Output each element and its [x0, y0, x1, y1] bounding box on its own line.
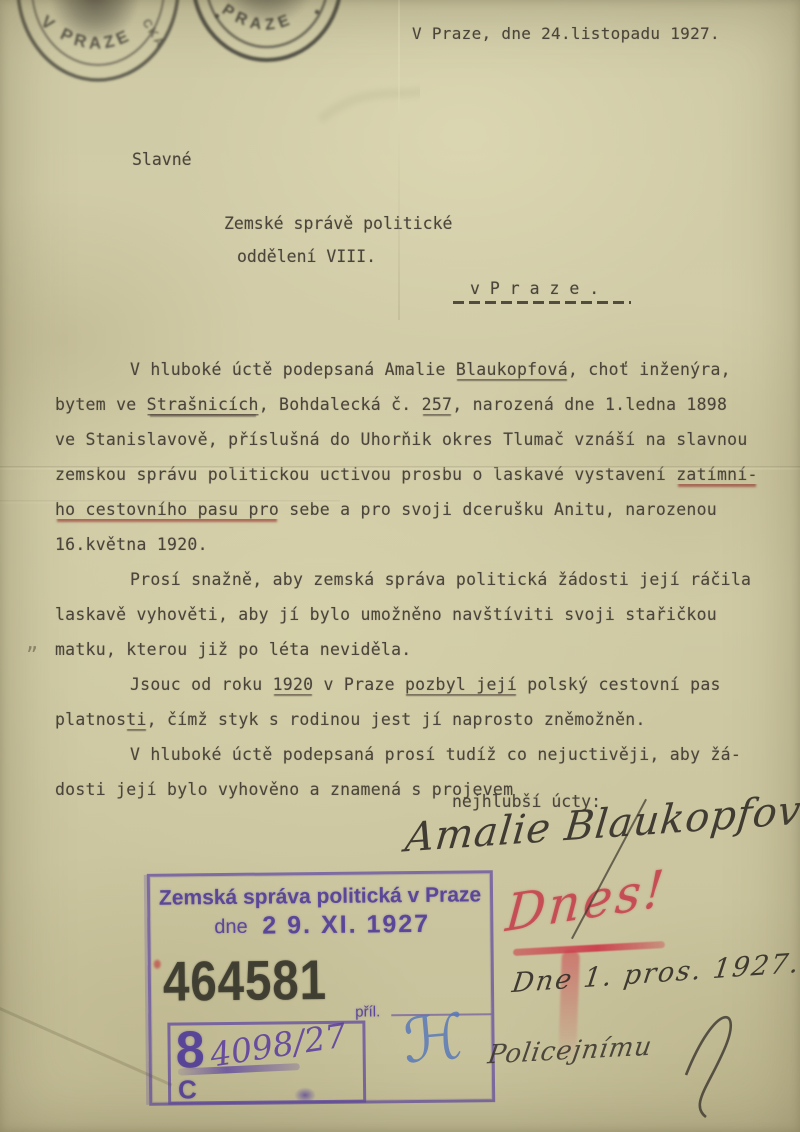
paper-crease-horizontal — [0, 466, 800, 470]
corner-crease — [0, 1006, 172, 1086]
monogram-blue-ink: ℋ — [400, 999, 467, 1077]
letter-line: laskavě vyhověti, aby jí bylo umožněno n… — [55, 597, 775, 632]
ink-blot — [294, 1087, 316, 1103]
salutation: Slavné — [132, 150, 192, 169]
letter-line: zemskou správu politickou uctivou prosbu… — [55, 457, 775, 492]
letter-line: matku, kterou již po léta neviděla. — [55, 632, 775, 667]
forward-note-flourish — [676, 1005, 766, 1125]
letter-line: V hluboké úctě podepsaná prosí tudíž co … — [55, 737, 775, 772]
letter-line: platnosti, čímž styk s rodinou jest jí n… — [55, 702, 775, 737]
registry-number: 464581 — [163, 947, 328, 1014]
addressee-city: v P r a z e . — [470, 279, 599, 298]
ghost-ink-impression — [320, 55, 420, 120]
date-note-handwritten: Dne 1. pros. 1927. — [510, 948, 800, 1000]
addressee-line-2: oddělení VIII. — [237, 247, 376, 266]
round-ink-stamps: V PRAZE CKÁ PRAZE — [0, 0, 420, 150]
dept-letter: C — [178, 1074, 197, 1105]
round-stamp-right: PRAZE — [193, 0, 341, 60]
addressee-line-1: Zemské správě politické — [224, 214, 452, 233]
letter-body: V hluboké úctě podepsaná Amalie Blaukopf… — [55, 352, 775, 807]
margin-pencil-mark: „ — [26, 630, 38, 654]
registry-stamp-date-prefix: dne — [214, 916, 248, 939]
letter-line: Prosí snažně, aby zemská správa politick… — [55, 562, 775, 597]
registry-stamp-title: Zemská správa politická v Praze — [150, 883, 490, 911]
letter-line: 16.května 1920. — [55, 527, 775, 562]
forward-note-handwritten: Policejnímu — [486, 1032, 655, 1071]
red-pencil-note: Dnes! — [503, 859, 669, 944]
round-stamp-left: V PRAZE CKÁ — [18, 0, 178, 80]
registry-stamp-date: 2 9. XI. 1927 — [262, 910, 430, 941]
letter-line: V hluboké úctě podepsaná Amalie Blaukopf… — [55, 352, 775, 387]
paper-crease-short — [0, 500, 340, 504]
red-ink-fleck — [154, 960, 161, 969]
red-pencil-underline — [513, 941, 665, 956]
stamp-left-ring-fragment: CKÁ — [139, 16, 169, 51]
date-line: V Praze, dne 24.listopadu 1927. — [412, 24, 720, 43]
letter-line: ve Stanislavově, příslušná do Uhorňik ok… — [55, 422, 775, 457]
city-dashed-underline — [453, 301, 631, 304]
attachment-label: příl. — [355, 1003, 380, 1020]
letter-line: ho cestovního pasu pro sebe a pro svoji … — [55, 492, 775, 527]
letter-line: Jsouc od roku 1920 v Praze pozbyl její p… — [55, 667, 775, 702]
paper-fold-vertical — [398, 0, 400, 320]
scanned-letter-document: { "letter": { "date_line": "V Praze, dne… — [0, 0, 800, 1132]
letter-line: bytem ve Strašnicích, Bohdalecká č. 257,… — [55, 387, 775, 422]
